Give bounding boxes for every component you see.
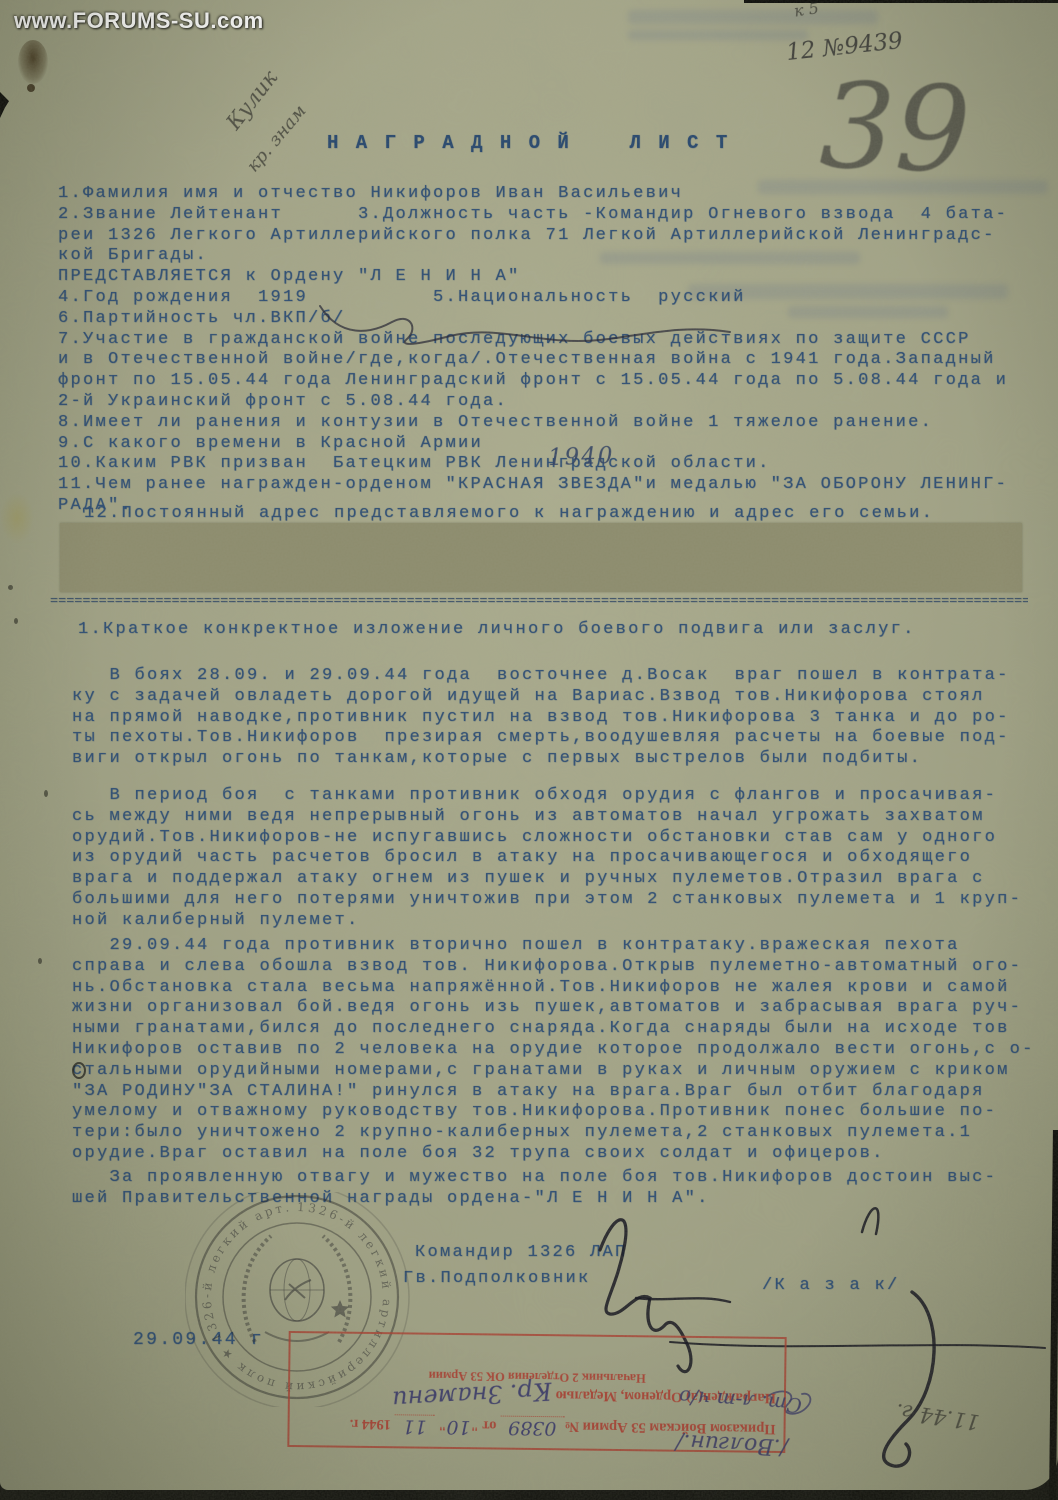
scanned-award-document: www.FORUMS-SU.com к 5 12 №9439 39 Кулик … xyxy=(0,0,1058,1500)
scan-vignette xyxy=(0,0,1058,1500)
